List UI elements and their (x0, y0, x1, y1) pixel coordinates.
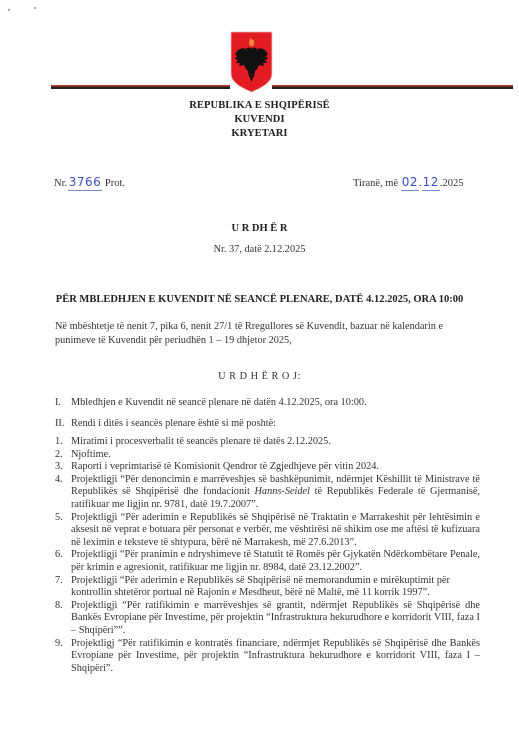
section-2-text: Rendi i ditës i seancës plenare është si… (71, 418, 276, 429)
scan-speck (34, 7, 36, 9)
agenda-list: 1. Miratimi i procesverbalit të seancës … (55, 436, 480, 675)
agenda-item-num: 6. (55, 549, 63, 562)
order-subject: PËR MBLEDHJEN E KUVENDIT NË SEANCË PLENA… (0, 294, 519, 305)
agenda-item: 3. Raporti i veprimtarisë të Komisionit … (55, 461, 480, 474)
agenda-item-italic-name: Hanns-Seidel (255, 486, 310, 497)
section-1-text: Mbledhjen e Kuvendit në seancë plenare n… (71, 397, 367, 408)
section-2-num: II. (55, 418, 64, 429)
agenda-item: 6. Projektligji “Për pranimin e ndryshim… (55, 549, 480, 574)
agenda-item: 5. Projektligji “Për aderimin e Republik… (55, 512, 480, 550)
date-year: .2025 (440, 178, 464, 189)
letterhead-speaker: KRYETARI (0, 128, 519, 139)
agenda-item-num: 9. (55, 638, 63, 651)
agenda-item-num: 1. (55, 436, 63, 449)
protocol-nr-value-underline: 3766 (68, 176, 103, 191)
section-1-num: I. (55, 397, 61, 408)
agenda-item-num: 5. (55, 512, 63, 525)
header-rule-left (51, 85, 230, 89)
albanian-eagle-coat-of-arms-icon (229, 30, 274, 94)
agenda-item-num: 4. (55, 474, 63, 487)
protocol-nr-label: Nr. (54, 178, 67, 189)
scan-speck (8, 9, 10, 11)
agenda-item-text: Projektligji “Për pranimin e ndryshimeve… (71, 549, 480, 573)
agenda-item: 7. Projektligji “Për aderimin e Republik… (55, 575, 480, 600)
agenda-item-num: 2. (55, 449, 63, 462)
agenda-item-text: Projektligji “Për aderimin e Republikës … (71, 512, 480, 548)
agenda-item-text: Projektligj “Për ratifikimin e kontratës… (71, 638, 480, 674)
date-day-underline: 02 (401, 176, 419, 191)
agenda-item: 9. Projektligj “Për ratifikimin e kontra… (55, 638, 480, 676)
order-preamble: Në mbështetje të nenit 7, pika 6, nenit … (55, 320, 475, 348)
agenda-item-text: Raporti i veprimtarisë të Komisionit Qen… (71, 461, 379, 472)
agenda-item-text: Miratimi i procesverbalit të seancës ple… (71, 436, 331, 447)
order-decree: U R D H Ë R O J: (0, 371, 519, 382)
agenda-item: 4. Projektligji “Për denoncimin e marrëv… (55, 474, 480, 512)
date-month: 12 (423, 175, 439, 189)
date-day: 02 (402, 175, 418, 189)
letterhead-republic: REPUBLIKA E SHQIPËRISË (0, 100, 519, 111)
order-number-line: Nr. 37, datë 2.12.2025 (0, 244, 519, 255)
header-rule-right (272, 85, 513, 89)
agenda-item-num: 3. (55, 461, 63, 474)
date-month-underline: 12 (422, 176, 440, 191)
agenda-item-text: Projektligji “Për aderimin e Republikës … (71, 575, 450, 599)
protocol-date: Tiranë, më 02.12.2025 (353, 176, 464, 191)
agenda-item: 1. Miratimi i procesverbalit të seancës … (55, 436, 480, 449)
place-label: Tiranë, më (353, 178, 398, 189)
agenda-item-num: 7. (55, 575, 63, 588)
agenda-item-text: Njoftime. (71, 449, 111, 460)
agenda-item: 2. Njoftime. (55, 449, 480, 462)
agenda-item-text: Projektligji “Për ratifikimin e marrëves… (71, 600, 480, 636)
agenda-item: 8. Projektligji “Për ratifikimin e marrë… (55, 600, 480, 638)
protocol-nr-value: 3766 (69, 175, 102, 189)
agenda-item-num: 8. (55, 600, 63, 613)
order-heading: U R DH Ë R (0, 223, 519, 234)
protocol-prot-label: Prot. (105, 178, 125, 189)
letterhead-assembly: KUVENDI (0, 114, 519, 125)
protocol-number: Nr. 3766 Prot. (54, 176, 125, 191)
